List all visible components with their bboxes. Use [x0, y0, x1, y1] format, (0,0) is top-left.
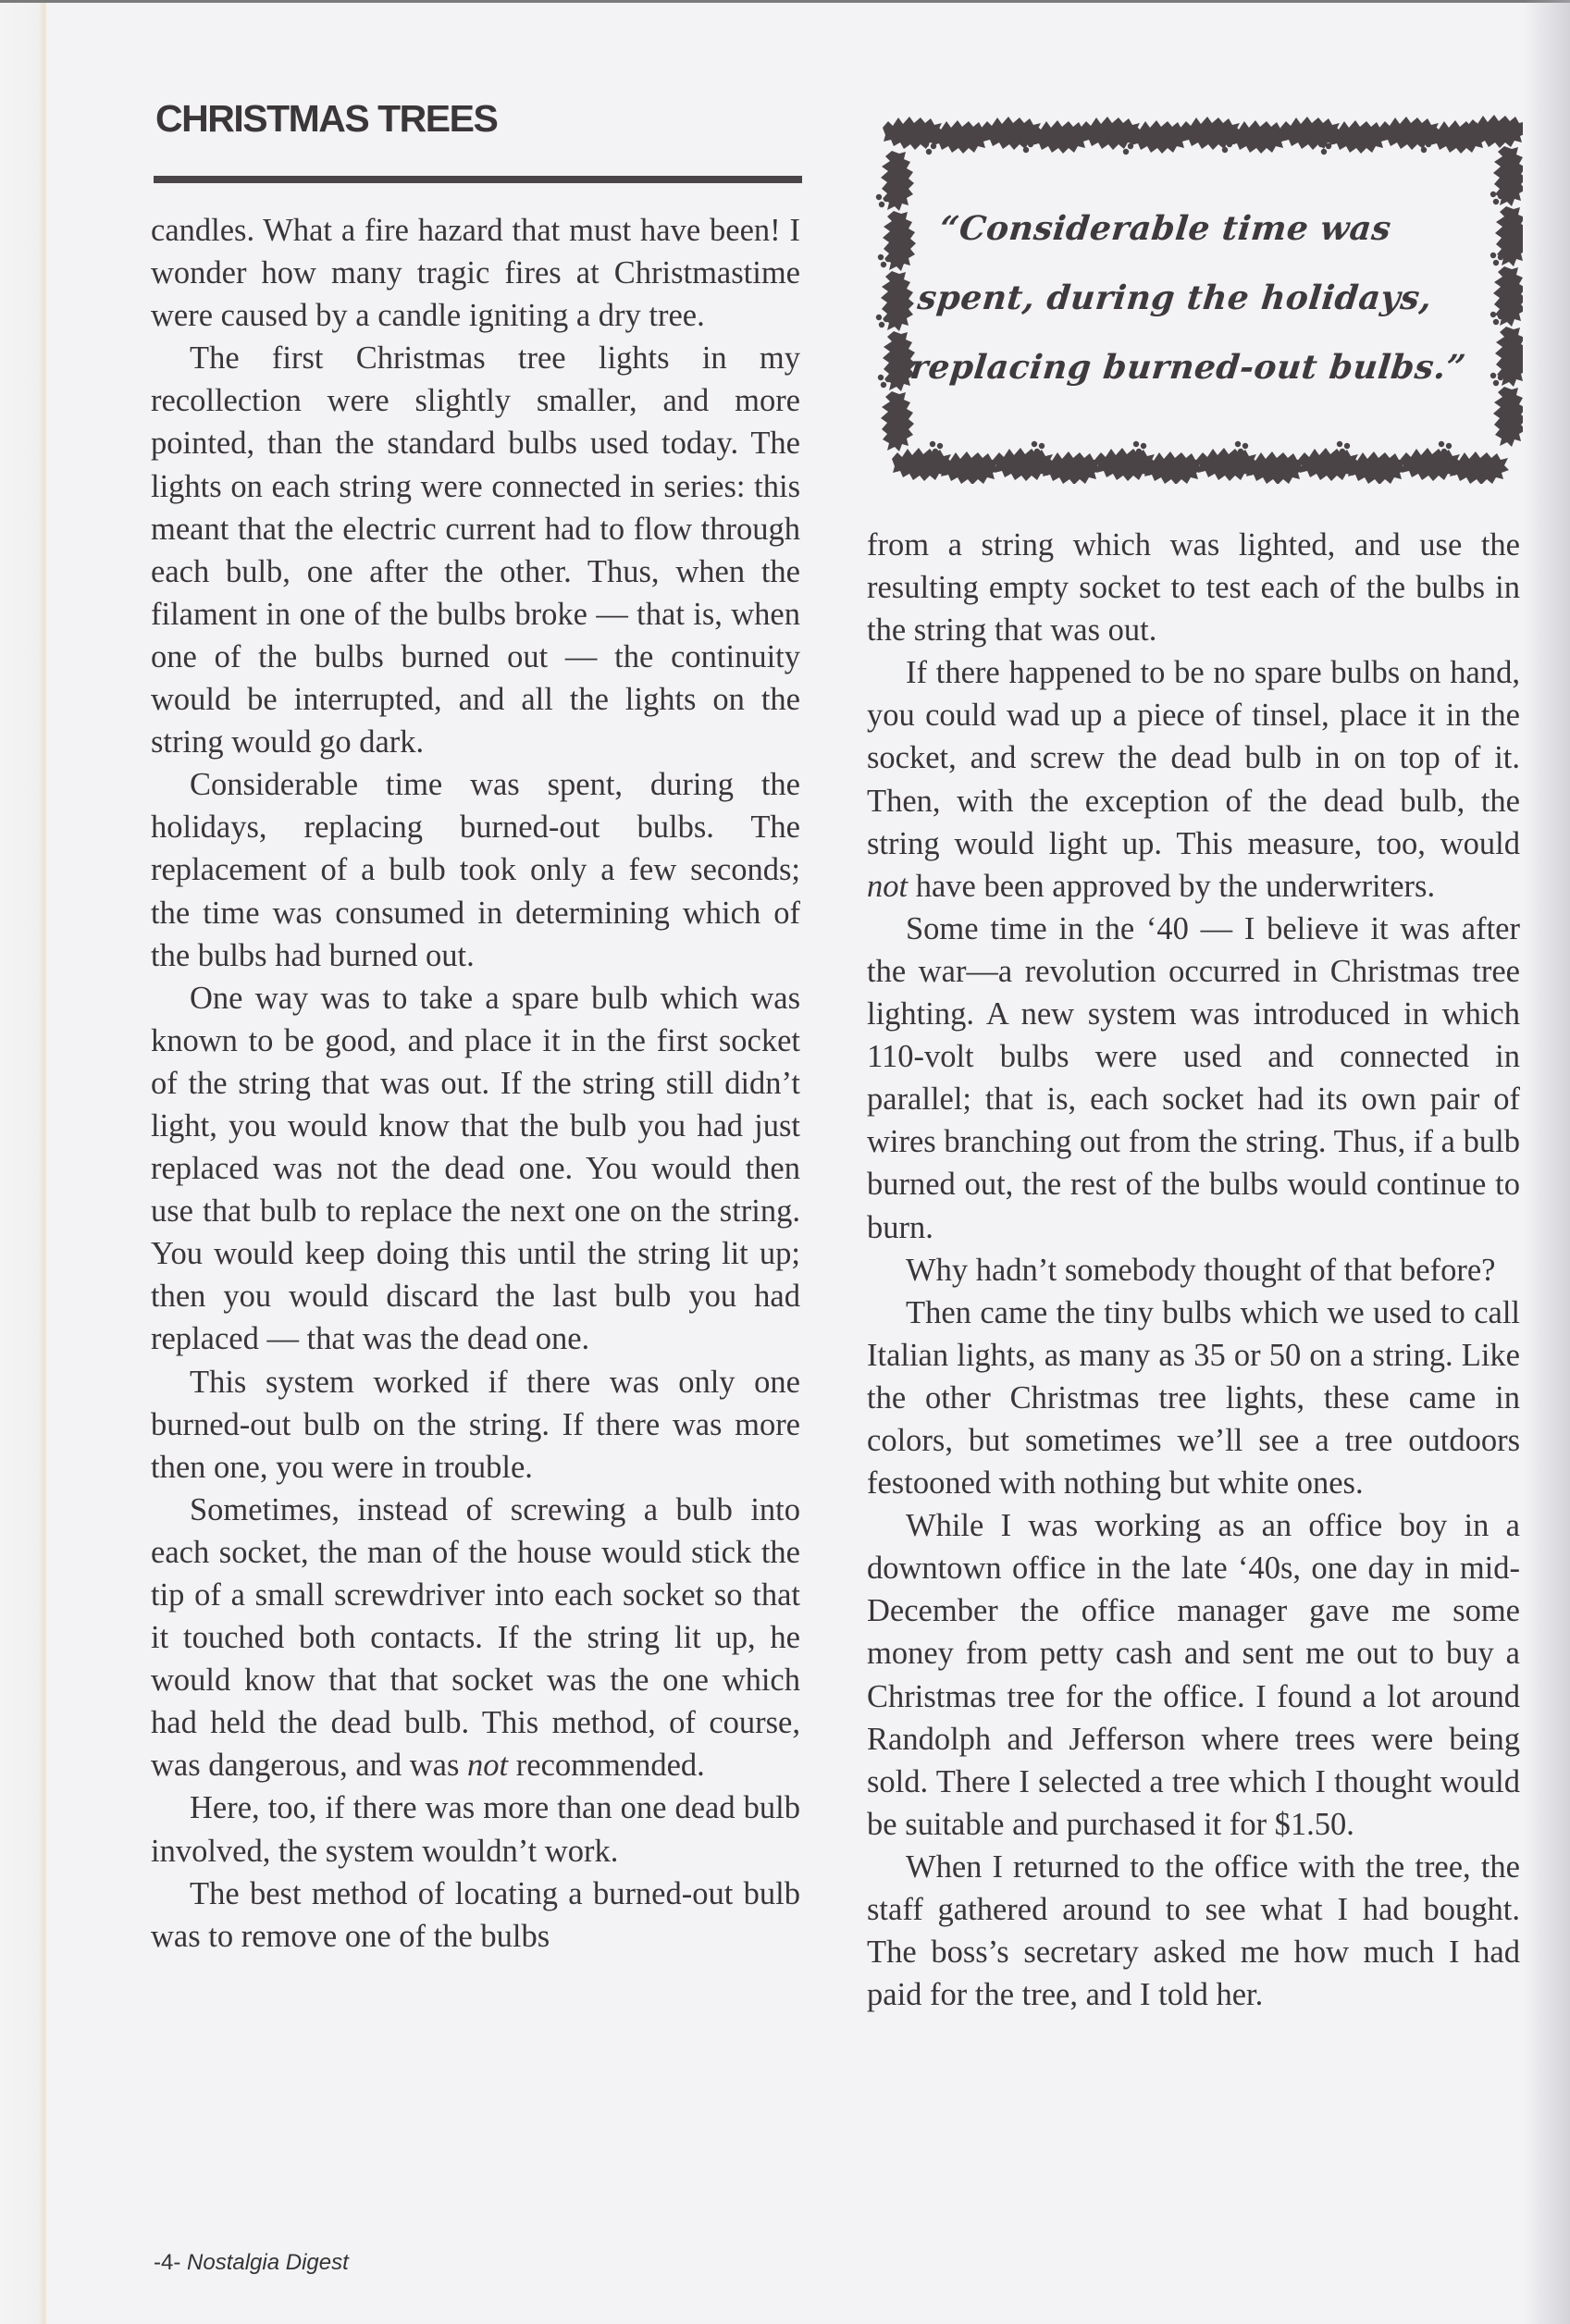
heading-rule: [154, 176, 802, 183]
pull-quote-line: replacing burned-out bulbs.”: [907, 333, 1488, 402]
paragraph: Considerable time was spent, during the …: [151, 763, 800, 976]
paragraph: Why hadn’t somebody thought of that befo…: [867, 1249, 1520, 1292]
paragraph: If there happened to be no spare bulbs o…: [867, 651, 1520, 908]
pull-quote-line: spent, during the holidays,: [914, 264, 1495, 333]
right-column: from a string which was lighted, and use…: [867, 524, 1520, 2016]
page-footer: -4- Nostalgia Digest: [154, 2250, 349, 2276]
emphasis: not: [867, 869, 908, 904]
pull-quote: “Considerable time was spent, during the…: [875, 109, 1523, 484]
paragraph: The first Christmas tree lights in my re…: [151, 337, 800, 763]
paragraph-text: have been approved by the underwriters.: [908, 869, 1435, 904]
page-number: -4-: [154, 2250, 180, 2275]
paragraph: Some time in the ‘40 — I believe it was …: [867, 908, 1520, 1249]
paragraph-text: Sometimes, instead of screwing a bulb in…: [151, 1492, 800, 1784]
pull-quote-text: “Considerable time was spent, during the…: [907, 194, 1502, 402]
paragraph: The best method of locating a burned-out…: [151, 1873, 800, 1958]
paragraph: One way was to take a spare bulb which w…: [151, 977, 800, 1361]
paragraph: When I returned to the office with the t…: [867, 1846, 1520, 2016]
paragraph: This system worked if there was only one…: [151, 1361, 800, 1489]
page-top-edge: [0, 0, 1570, 3]
page-binding-edge: [0, 0, 48, 2324]
section-heading: CHRISTMAS TREES: [155, 100, 497, 138]
page-right-shadow: [1524, 0, 1570, 2324]
paragraph: Sometimes, instead of screwing a bulb in…: [151, 1489, 800, 1787]
left-column: candles. What a fire hazard that must ha…: [151, 209, 800, 1958]
paragraph: While I was working as an office boy in …: [867, 1504, 1520, 1846]
paragraph: candles. What a fire hazard that must ha…: [151, 209, 800, 337]
paragraph-text: recommended.: [508, 1748, 705, 1783]
paragraph: Here, too, if there was more than one de…: [151, 1786, 800, 1872]
paragraph: from a string which was lighted, and use…: [867, 524, 1520, 651]
emphasis: not: [467, 1748, 508, 1783]
publication-name: Nostalgia Digest: [187, 2250, 349, 2275]
paragraph: Then came the tiny bulbs which we used t…: [867, 1292, 1520, 1504]
pull-quote-line: “Considerable time was: [921, 194, 1502, 264]
paragraph-text: If there happened to be no spare bulbs o…: [867, 655, 1520, 860]
